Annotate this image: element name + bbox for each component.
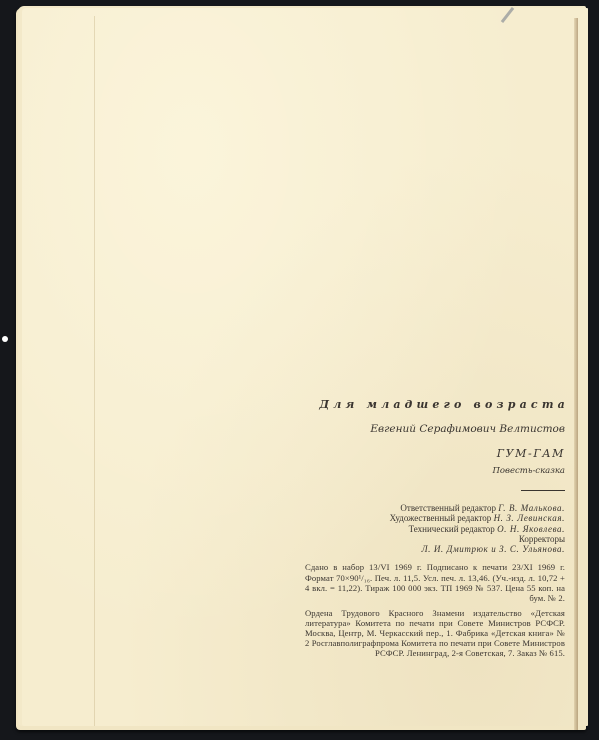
credit-role: Технический редактор bbox=[409, 524, 495, 534]
credit-line: Л. И. Дмитрюк и З. С. Ульянова. bbox=[305, 544, 565, 554]
imprint-block: Для младшего возраста Евгений Серафимови… bbox=[305, 398, 565, 658]
credit-line: Художественный редактор Н. З. Левинская. bbox=[305, 513, 565, 523]
credit-name: Л. И. Дмитрюк и З. С. Ульянова. bbox=[421, 544, 565, 554]
credit-name: О. Н. Яковлева. bbox=[497, 524, 565, 534]
age-group-label: Для младшего возраста bbox=[305, 398, 569, 411]
divider-rule bbox=[521, 490, 565, 491]
page-crease bbox=[94, 16, 95, 726]
credit-line: Ответственный редактор Г. В. Малькова. bbox=[305, 503, 565, 513]
credits-list: Ответственный редактор Г. В. Малькова. Х… bbox=[305, 503, 565, 554]
credit-role: Корректоры bbox=[519, 534, 565, 544]
scanned-book-page: Для младшего возраста Евгений Серафимови… bbox=[0, 0, 599, 740]
book-genre: Повесть-сказка bbox=[305, 466, 565, 476]
page-right-shadow bbox=[574, 18, 578, 730]
book-title: ГУМ-ГАМ bbox=[305, 447, 565, 460]
author-name: Евгений Серафимович Велтистов bbox=[305, 423, 565, 435]
credit-role: Ответственный редактор bbox=[400, 503, 496, 513]
credit-name: Н. З. Левинская. bbox=[494, 513, 565, 523]
credit-line: Технический редактор О. Н. Яковлева. bbox=[305, 524, 565, 534]
print-details: Сдано в набор 13/VI 1969 г. Подписано к … bbox=[305, 562, 565, 602]
publisher-details: Ордена Трудового Красного Знамени издате… bbox=[305, 608, 565, 658]
credit-line: Корректоры bbox=[305, 534, 565, 544]
credit-role: Художественный редактор bbox=[390, 513, 492, 523]
credit-name: Г. В. Малькова. bbox=[498, 503, 565, 513]
dust-speck bbox=[2, 336, 8, 342]
